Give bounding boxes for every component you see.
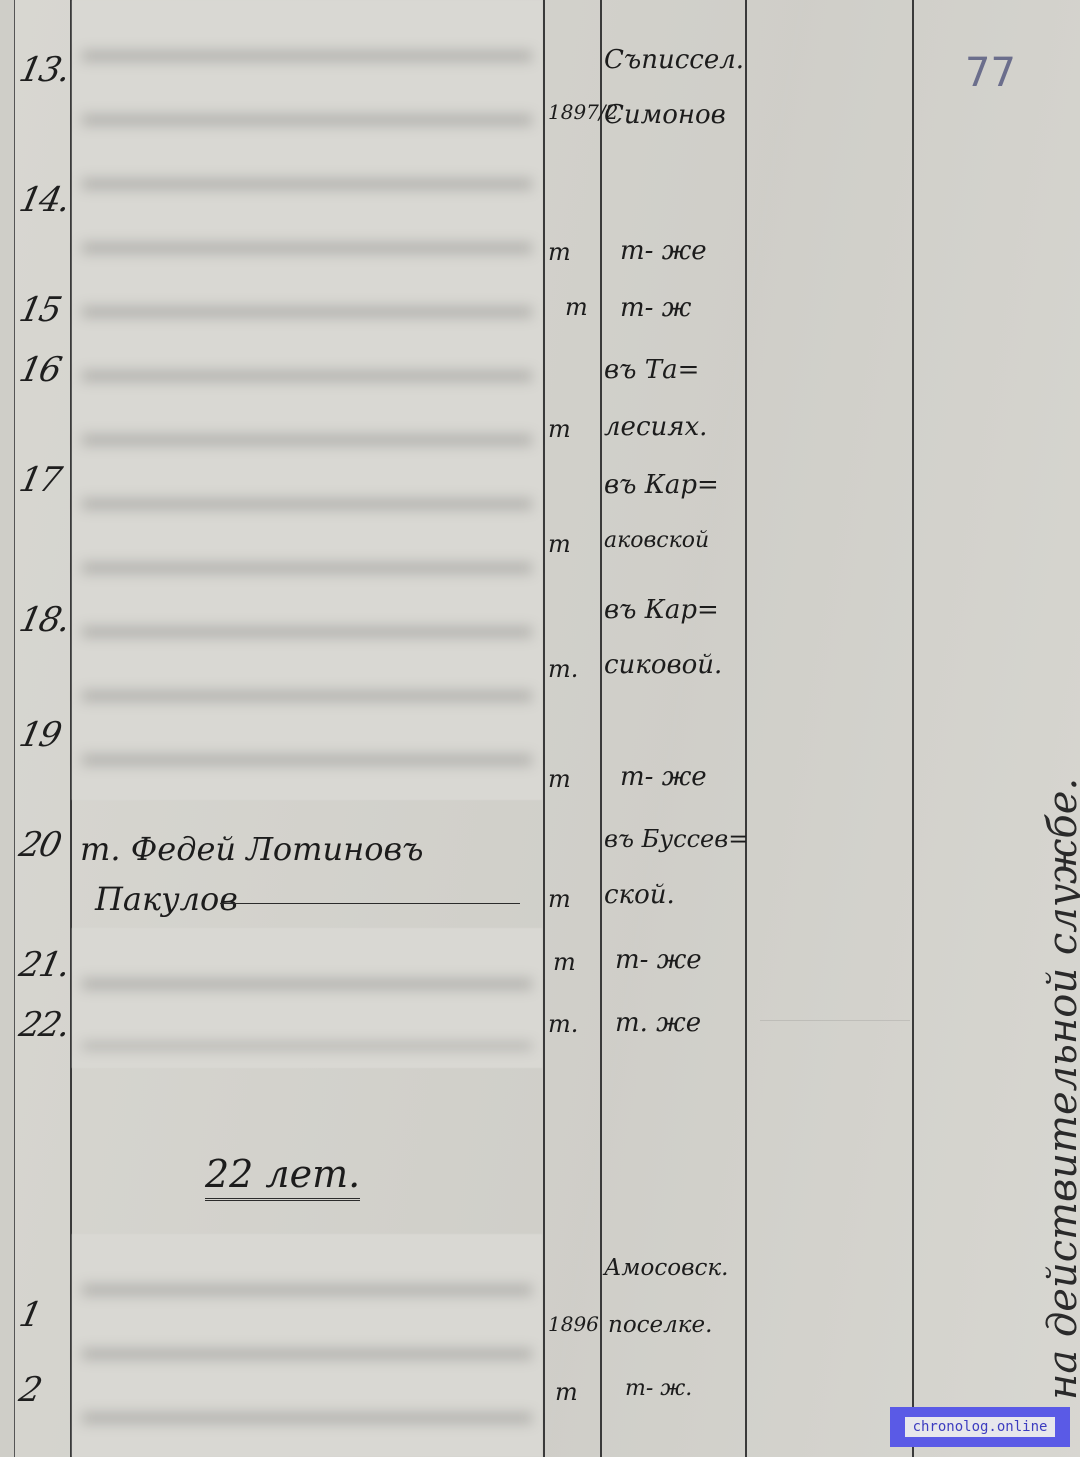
section-heading: 22 лет. bbox=[205, 1152, 360, 1201]
margin-rule bbox=[14, 0, 15, 1457]
row-number: 20 bbox=[16, 825, 75, 865]
place-text: Съписсел. bbox=[604, 45, 744, 75]
row-number: 2 bbox=[16, 1370, 75, 1410]
place-text: т- же bbox=[615, 945, 702, 975]
column-rule-place bbox=[745, 0, 747, 1457]
redacted-names-block-1 bbox=[72, 0, 542, 800]
place-text: т- ж bbox=[620, 293, 691, 323]
row-number: 17 bbox=[16, 460, 75, 500]
marker: т. bbox=[548, 655, 578, 683]
column-rule-name bbox=[543, 0, 545, 1457]
entry-name-line-2: Пакулов bbox=[95, 880, 238, 918]
place-text: въ Кар= bbox=[604, 470, 719, 500]
fill-rule bbox=[220, 903, 520, 904]
bleed-through-line bbox=[760, 1020, 910, 1021]
marker: т bbox=[548, 530, 571, 558]
place-text: Симонов bbox=[604, 100, 726, 130]
marker: т bbox=[548, 765, 571, 793]
row-number: 15 bbox=[16, 290, 75, 330]
marker: т bbox=[555, 1378, 578, 1406]
redacted-names-block-2 bbox=[72, 928, 542, 1068]
place-text: аковской bbox=[604, 528, 709, 553]
place-text: въ Кар= bbox=[604, 595, 719, 625]
marker: т bbox=[548, 415, 571, 443]
place-text: т- же bbox=[620, 236, 707, 266]
place-text: въ Буссев= bbox=[604, 825, 748, 853]
marker: т. bbox=[548, 1010, 578, 1038]
column-rule-marker bbox=[600, 0, 602, 1457]
page-edge bbox=[0, 0, 14, 1457]
place-text: т- ж. bbox=[625, 1376, 692, 1401]
marker: 1896 bbox=[548, 1312, 599, 1336]
place-text: сиковой. bbox=[604, 650, 722, 680]
column-rule-notes bbox=[912, 0, 914, 1457]
row-number: 19 bbox=[16, 715, 75, 755]
place-text: т- же bbox=[620, 762, 707, 792]
place-text: Амосовск. bbox=[604, 1255, 728, 1281]
marker: т bbox=[565, 293, 588, 321]
row-number: 1 bbox=[16, 1295, 75, 1335]
page-number: 77 bbox=[965, 50, 1016, 96]
row-number: 21. bbox=[16, 945, 75, 985]
row-number: 16 bbox=[16, 350, 75, 390]
vertical-margin-note: на действительной службе. bbox=[1040, 778, 1080, 1400]
marker: т bbox=[553, 948, 576, 976]
watermark-text: chronolog.online bbox=[905, 1417, 1056, 1437]
place-text: т. же bbox=[615, 1008, 701, 1038]
redacted-names-block-3 bbox=[72, 1234, 542, 1457]
row-number: 14. bbox=[16, 180, 75, 220]
ledger-page: 77 13. 14. 15 16 17 18. 19 20 21. 22. 1 … bbox=[0, 0, 1080, 1457]
place-text: лесиях. bbox=[604, 412, 707, 442]
place-text: въ Та= bbox=[604, 355, 699, 385]
watermark-badge: chronolog.online bbox=[890, 1407, 1070, 1447]
row-number: 18. bbox=[16, 600, 75, 640]
entry-name-line-1: т. Федей Лотиновъ bbox=[80, 830, 423, 868]
row-number: 22. bbox=[16, 1005, 75, 1045]
marker: т bbox=[548, 238, 571, 266]
row-number: 13. bbox=[16, 50, 75, 90]
marker: т bbox=[548, 885, 571, 913]
place-text: ской. bbox=[604, 880, 675, 910]
place-text: поселке. bbox=[608, 1312, 712, 1338]
